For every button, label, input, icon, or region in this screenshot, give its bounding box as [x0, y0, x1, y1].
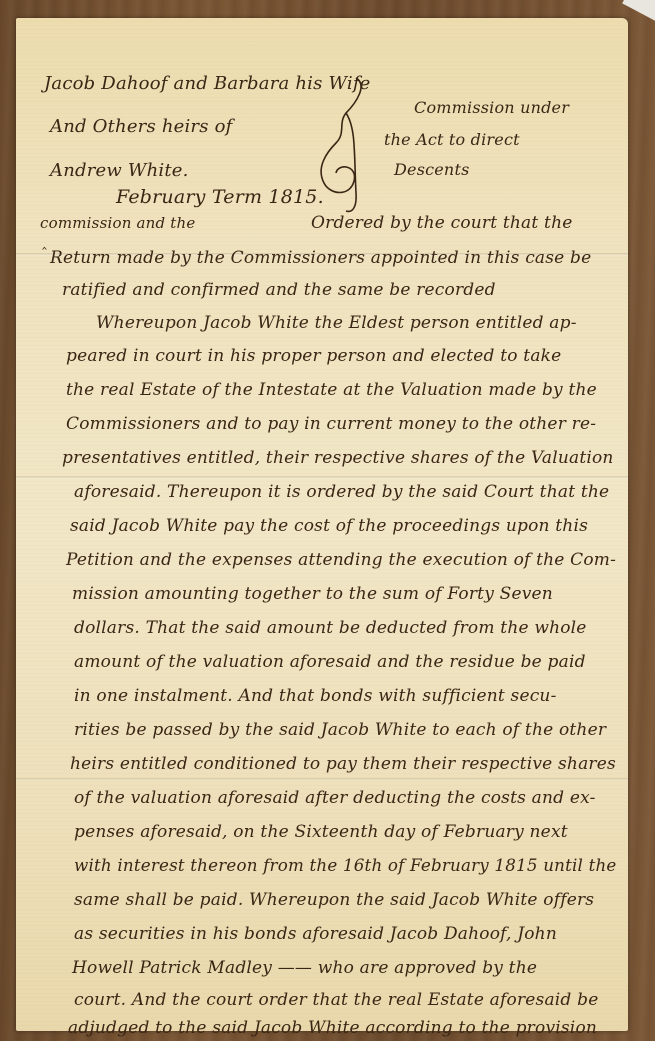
body-line: Return made by the Commissioners appoint…	[50, 248, 591, 268]
body-line: Ordered by the court that the	[311, 213, 572, 233]
body-line: adjudged to the said Jacob White accordi…	[68, 1018, 597, 1038]
body-line: with interest thereon from the 16th of F…	[74, 856, 617, 876]
body-line: mission amounting together to the sum of…	[72, 584, 553, 604]
body-line: court. And the court order that the real…	[74, 990, 598, 1010]
body-line: Commissioners and to pay in current mone…	[66, 414, 596, 434]
caption-right-line: the Act to direct	[384, 130, 520, 149]
body-line: same shall be paid. Whereupon the said J…	[74, 890, 594, 910]
body-line: presentatives entitled, their respective…	[62, 448, 614, 468]
caption-left-line: And Others heirs of	[50, 116, 233, 137]
caption-right-line: Descents	[394, 160, 469, 179]
fold-line	[16, 778, 628, 781]
body-line: Howell Patrick Madley —— who are approve…	[72, 958, 537, 978]
body-line: of the valuation aforesaid after deducti…	[74, 788, 596, 808]
body-line: Petition and the expenses attending the …	[66, 550, 616, 570]
body-line: peared in court in his proper person and…	[66, 346, 561, 366]
body-line: dollars. That the said amount be deducte…	[74, 618, 587, 638]
insertion-caret: ‸	[42, 234, 47, 250]
body-line: aforesaid. Thereupon it is ordered by th…	[74, 482, 609, 502]
body-line: as securities in his bonds aforesaid Jac…	[74, 924, 557, 944]
fold-line	[16, 476, 628, 479]
body-line: ratified and confirmed and the same be r…	[62, 280, 496, 300]
caption-right-line: Commission under	[414, 98, 569, 117]
body-line: penses aforesaid, on the Sixteenth day o…	[74, 822, 568, 842]
caption-left-line: Andrew White.	[50, 160, 189, 181]
term-heading: February Term 1815.	[116, 186, 324, 208]
document-page: Jacob Dahoof and Barbara his Wife And Ot…	[16, 18, 628, 1031]
body-line: amount of the valuation aforesaid and th…	[74, 652, 586, 672]
body-line: in one instalment. And that bonds with s…	[74, 686, 557, 706]
body-line: Whereupon Jacob White the Eldest person …	[96, 313, 577, 333]
interlineation: commission and the	[40, 214, 195, 232]
body-line: rities be passed by the said Jacob White…	[74, 720, 606, 740]
body-line: heirs entitled conditioned to pay them t…	[70, 754, 616, 774]
body-line: said Jacob White pay the cost of the pro…	[70, 516, 588, 536]
body-line: the real Estate of the Intestate at the …	[66, 380, 597, 400]
brace-flourish-icon	[316, 73, 376, 213]
